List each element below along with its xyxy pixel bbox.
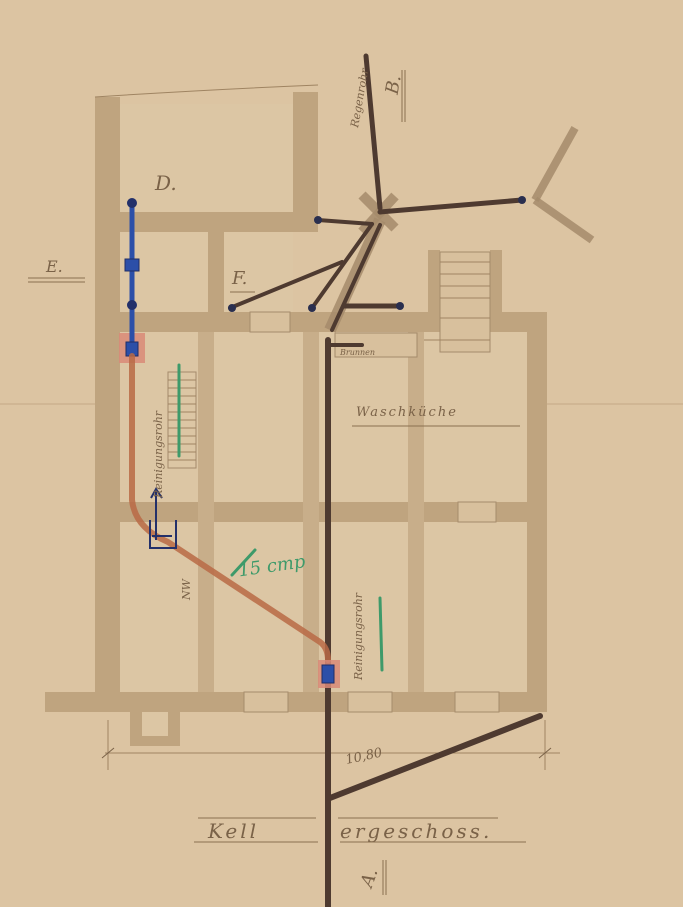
brunnen-label: Brunnen [339,348,375,357]
reinigungsrohr-left-label: Reinigungsrohr [152,410,165,499]
basement-floor-plan: 10,80 [0,0,683,907]
room-d-label: D. [154,171,177,195]
title-part-1: Kell [207,819,259,843]
drawing-title-group: Kell ergeschoss. [194,818,526,843]
title-part-2: ergeschoss. [340,819,492,843]
waschkueche-label: Waschküche [356,405,458,420]
room-e-label: E. [45,257,63,276]
small-annotation-label: NW [180,577,193,601]
reinigungsrohr-right-label: Reinigungsrohr [352,592,365,681]
room-f-label: F. [231,268,247,289]
